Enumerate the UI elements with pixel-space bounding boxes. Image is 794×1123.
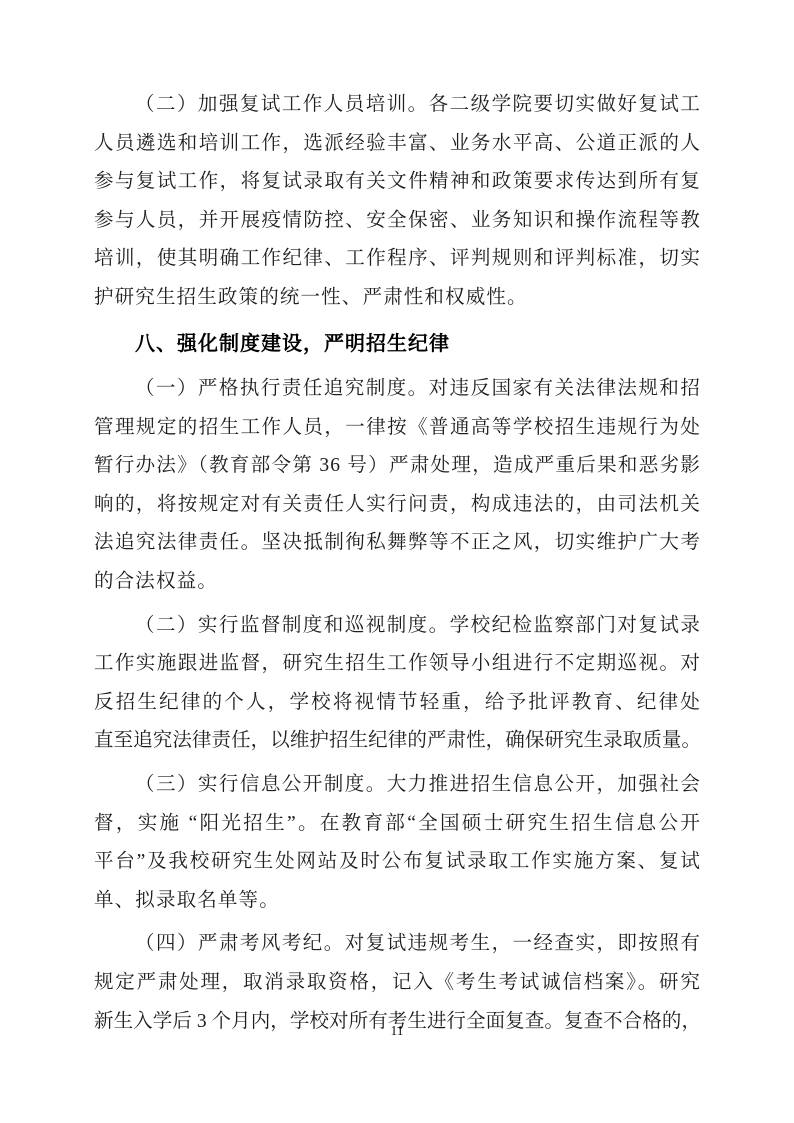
text-line: （二）加强复试工作人员培训。各二级学院要切实做好复试工作	[94, 86, 701, 125]
text-line: 响的，将按规定对有关责任人实行问责，构成违法的，由司法机关依	[94, 486, 701, 525]
text-line: 暂行办法》（教育部令第 36 号）严肃处理，造成严重后果和恶劣影	[94, 447, 701, 486]
paragraph: （三）实行信息公开制度。大力推进招生信息公开，加强社会监督，实施 “阳光招生”。…	[94, 766, 701, 920]
text-line: 管理规定的招生工作人员，一律按《普通高等学校招生违规行为处理	[94, 409, 701, 448]
text-line: 工作实施跟进监督，研究生招生工作领导小组进行不定期巡视。对违	[94, 645, 701, 684]
text-line: （一）严格执行责任追究制度。对违反国家有关法律法规和招生	[94, 370, 701, 409]
text-line: 平台”及我校研究生处网站及时公布复试录取工作实施方案、复试名	[94, 843, 701, 882]
text-line: 培训，使其明确工作纪律、工作程序、评判规则和评判标准，切实维	[94, 240, 701, 279]
text-line: 人员遴选和培训工作，选派经验丰富、业务水平高、公道正派的人员	[94, 125, 701, 164]
text-line: 直至追究法律责任，以维护招生纪律的严肃性，确保研究生录取质量。	[94, 722, 701, 761]
text-line: 参与复试工作，将复试录取有关文件精神和政策要求传达到所有复试	[94, 163, 701, 202]
text-line: （四）严肃考风考纪。对复试违规考生，一经查实，即按照有关	[94, 925, 701, 964]
text-line: （二）实行监督制度和巡视制度。学校纪检监察部门对复试录取	[94, 607, 701, 646]
text-line: 反招生纪律的个人，学校将视情节轻重，给予批评教育、纪律处分，	[94, 684, 701, 723]
paragraph: （一）严格执行责任追究制度。对违反国家有关法律法规和招生管理规定的招生工作人员，…	[94, 370, 701, 602]
paragraph: （二）实行监督制度和巡视制度。学校纪检监察部门对复试录取工作实施跟进监督，研究生…	[94, 607, 701, 761]
document-page: （二）加强复试工作人员培训。各二级学院要切实做好复试工作人员遴选和培训工作，选派…	[0, 0, 794, 1123]
text-line: 规定严肃处理，取消录取资格，记入《考生考试诚信档案》。研究生	[94, 964, 701, 1003]
text-line: 法追究法律责任。坚决抵制徇私舞弊等不正之风，切实维护广大考生	[94, 524, 701, 563]
text-line: 督，实施 “阳光招生”。在教育部“全国硕士研究生招生信息公开	[94, 805, 701, 844]
text-line: （三）实行信息公开制度。大力推进招生信息公开，加强社会监	[94, 766, 701, 805]
text-line: 护研究生招生政策的统一性、严肃性和权威性。	[94, 279, 701, 318]
page-number: 11	[0, 1022, 794, 1040]
paragraph: （二）加强复试工作人员培训。各二级学院要切实做好复试工作人员遴选和培训工作，选派…	[94, 86, 701, 318]
document-content: （二）加强复试工作人员培训。各二级学院要切实做好复试工作人员遴选和培训工作，选派…	[94, 86, 701, 1046]
text-line: 单、拟录取名单等。	[94, 882, 701, 921]
section-heading: 八、强化制度建设，严明招生纪律	[94, 325, 701, 364]
text-line: 参与人员，并开展疫情防控、安全保密、业务知识和操作流程等教育	[94, 202, 701, 241]
text-line: 的合法权益。	[94, 563, 701, 602]
